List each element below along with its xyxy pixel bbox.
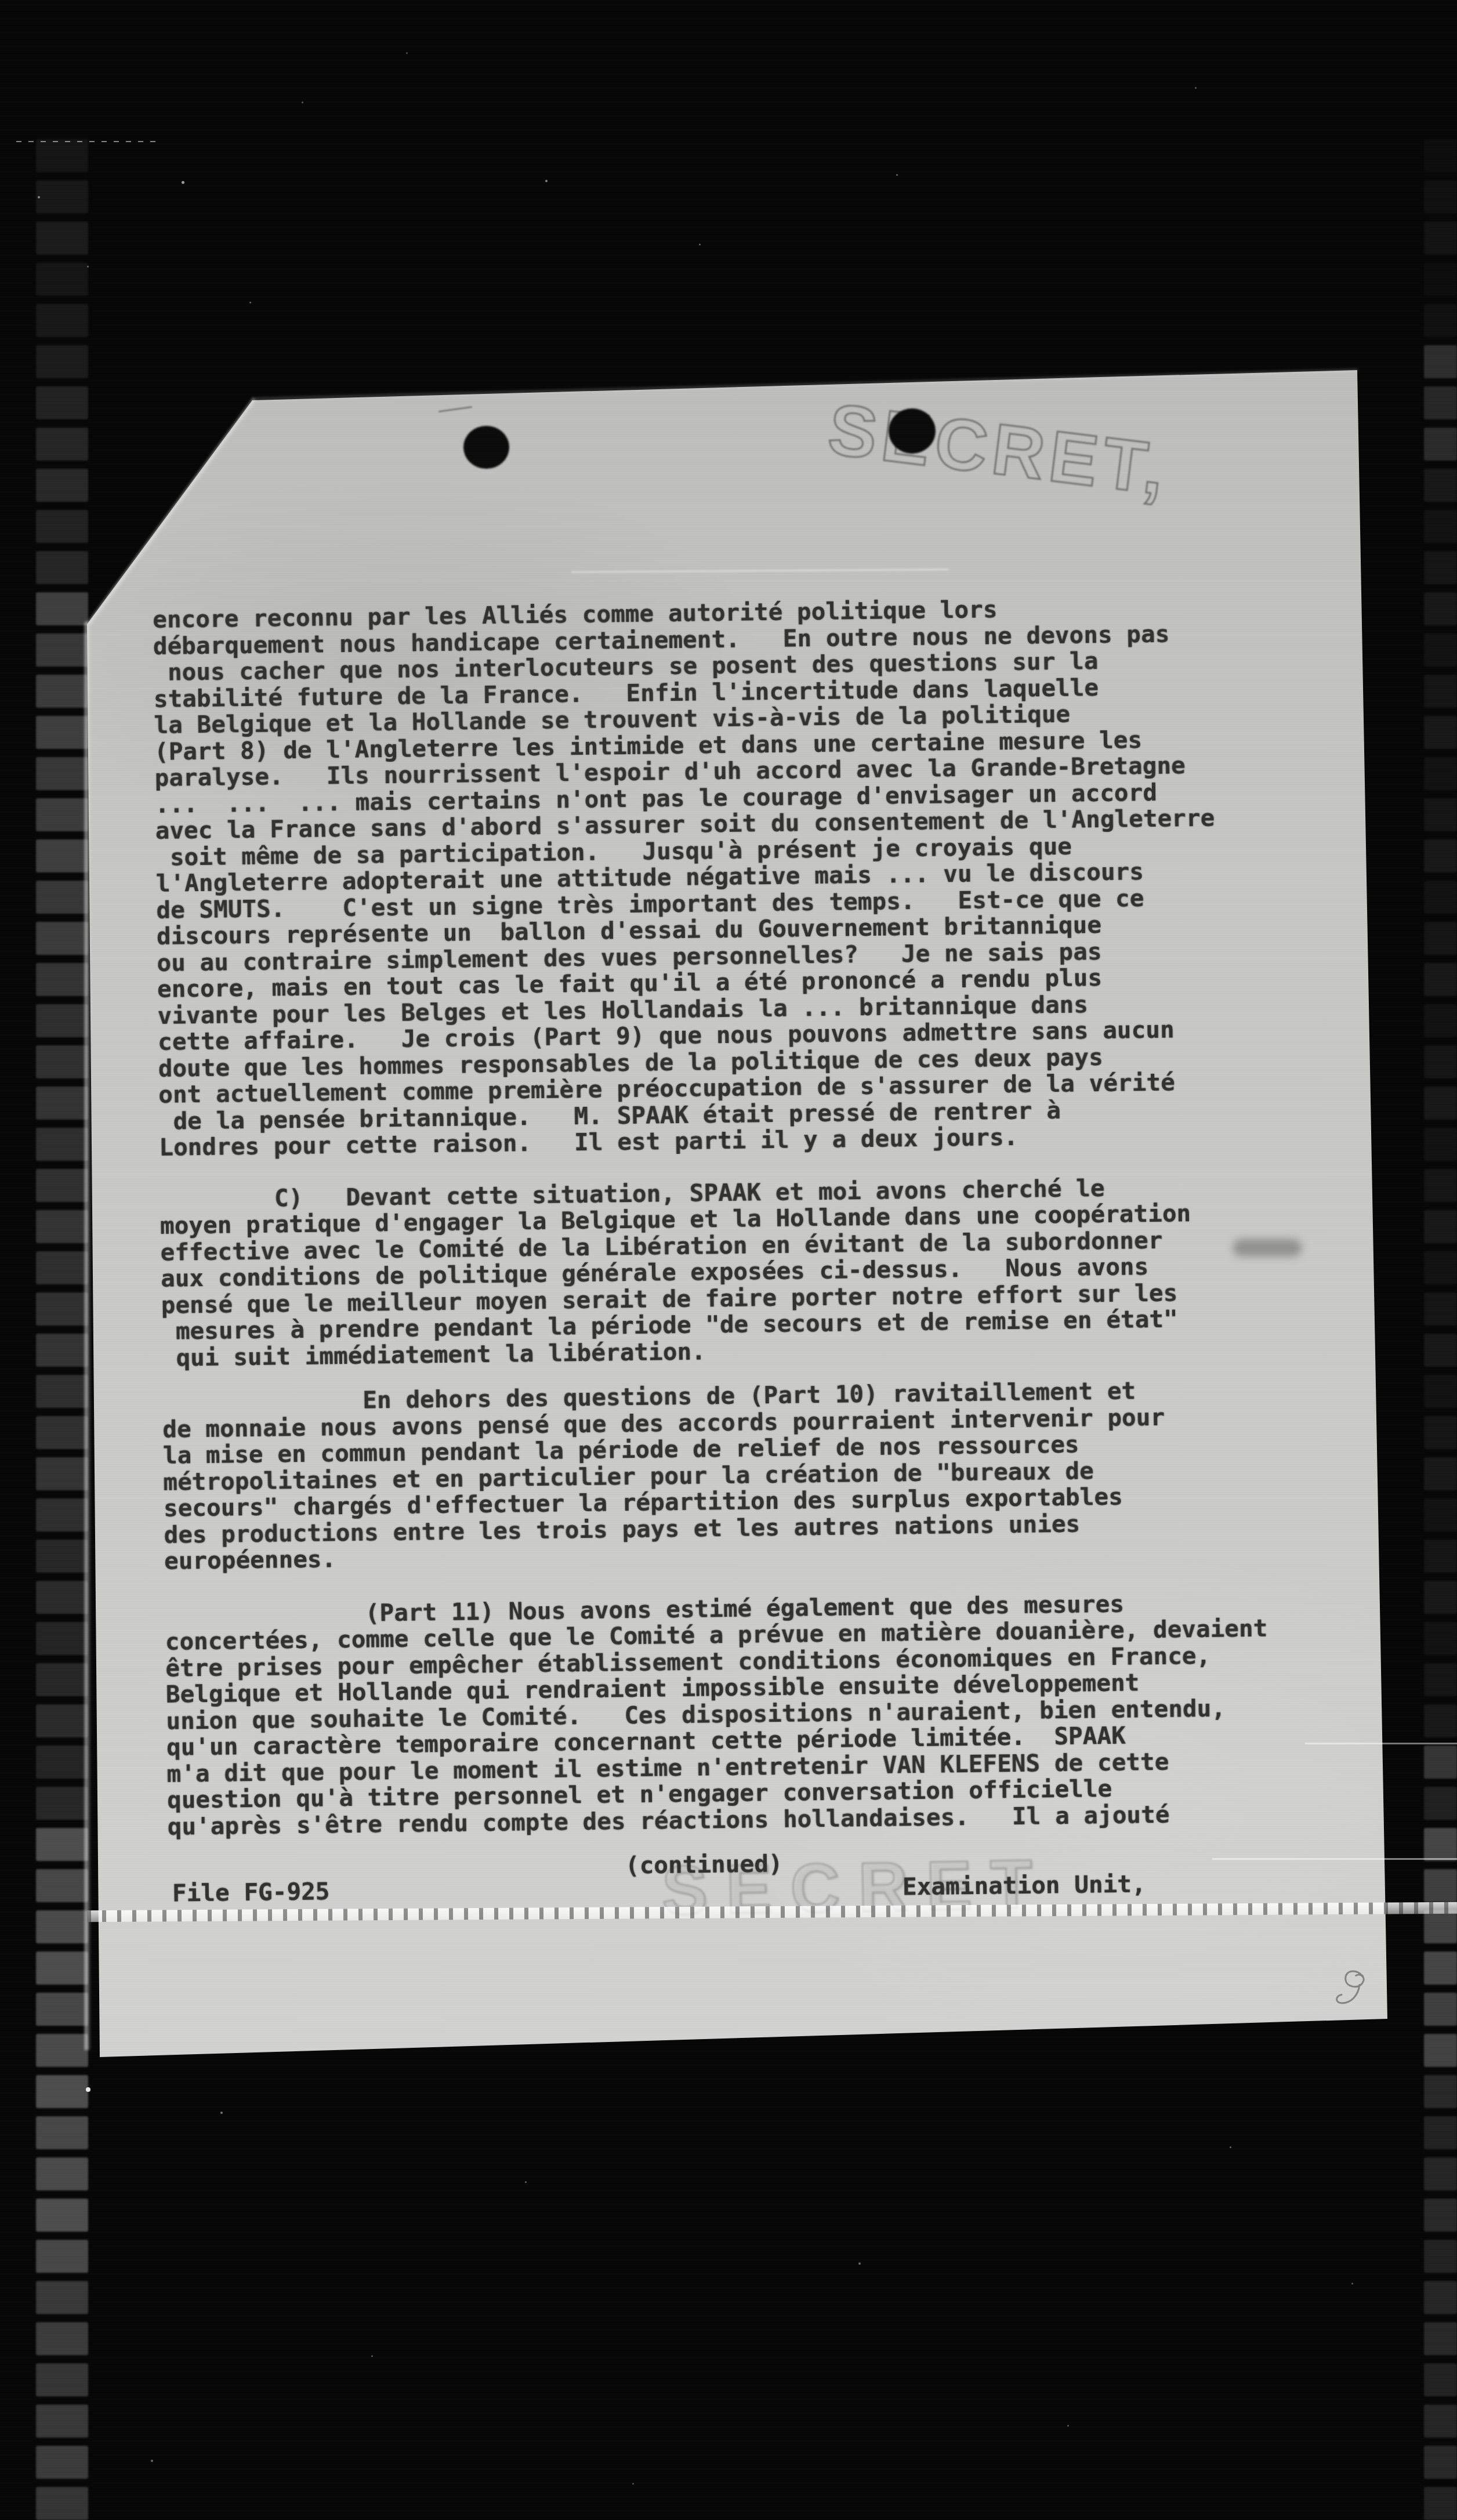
film-sprocket-block <box>36 798 88 831</box>
film-sprocket-block <box>36 2363 88 2396</box>
film-sprocket-block <box>36 1334 88 1367</box>
film-sprocket-block <box>1424 2322 1457 2355</box>
film-sprocket-block <box>36 2281 88 2314</box>
film-sprocket-block <box>36 2487 88 2520</box>
dust-speck <box>87 266 89 267</box>
film-sprocket-block <box>36 1540 88 1573</box>
film-sprocket-block <box>36 1704 88 1737</box>
film-sprocket-block <box>36 2199 88 2232</box>
film-sprocket-block <box>1424 551 1457 584</box>
film-sprocket-block <box>1424 1787 1457 1820</box>
film-sprocket-block <box>1424 1622 1457 1655</box>
film-sprocket-block <box>36 633 88 667</box>
film-sprocket-block <box>1424 2487 1457 2520</box>
film-sprocket-block <box>1424 1993 1457 2026</box>
paragraph-gap <box>162 1371 168 1390</box>
dust-speck <box>220 2112 223 2114</box>
film-sprocket-block <box>36 922 88 955</box>
film-sprocket-block <box>36 1993 88 2026</box>
paragraph-gap <box>164 1574 171 1602</box>
film-sprocket-block <box>36 2034 88 2067</box>
dust-speck <box>525 2181 527 2183</box>
film-sprocket-block <box>1424 2199 1457 2232</box>
film-sprocket-block <box>36 2157 88 2190</box>
film-sprocket-block <box>1424 922 1457 955</box>
film-sprocket-block <box>36 2075 88 2108</box>
film-sprocket-block <box>36 1128 88 1161</box>
film-sprocket-block <box>36 1869 88 1902</box>
film-sprocket-block <box>1424 263 1457 296</box>
film-sprocket-block <box>36 716 88 749</box>
film-sprocket-block <box>36 180 88 213</box>
dust-speck <box>632 2483 634 2485</box>
film-sprocket-block <box>36 345 88 378</box>
examination-unit-label: Examination Unit, <box>903 1870 1146 1900</box>
dust-speck <box>86 2087 90 2092</box>
dust-speck <box>858 2262 861 2265</box>
film-sprocket-block <box>36 1663 88 1696</box>
dust-speck <box>1230 2146 1231 2148</box>
dust-speck <box>699 244 701 245</box>
film-sprocket-block <box>36 1210 88 1243</box>
film-sprocket-block <box>1424 1210 1457 1243</box>
film-sprocket-block <box>36 1787 88 1820</box>
dust-speck <box>545 180 548 182</box>
film-sprocket-block <box>1424 1375 1457 1408</box>
film-sprocket-block <box>1424 1292 1457 1326</box>
film-sprocket-block <box>1424 2034 1457 2067</box>
film-sprocket-block <box>1424 2116 1457 2149</box>
film-sprocket-block <box>36 1169 88 1202</box>
film-sprocket-block <box>36 428 88 461</box>
film-sprocket-block <box>1424 2281 1457 2314</box>
film-sprocket-block <box>36 304 88 337</box>
dust-speck <box>1067 2425 1069 2427</box>
film-sprocket-block <box>1424 222 1457 255</box>
film-sprocket-block <box>36 139 88 172</box>
film-sprocket-block <box>36 1251 88 1284</box>
film-sprocket-block <box>1424 180 1457 213</box>
film-sprocket-block <box>1424 839 1457 872</box>
microfilm-frame: SECRET, SECRET encore reconnu par les Al… <box>0 0 1457 2520</box>
film-sprocket-block <box>36 757 88 790</box>
film-sprocket-block <box>36 1087 88 1120</box>
dust-speck <box>302 102 303 103</box>
film-sprocket-block <box>1424 963 1457 996</box>
body-text: encore reconnu par les Alliés comme auto… <box>153 592 1351 1840</box>
film-sprocket-block <box>1424 386 1457 419</box>
dust-speck <box>249 302 251 303</box>
film-sprocket-block <box>1424 1251 1457 1284</box>
film-sprocket-block <box>36 592 88 625</box>
dust-speck <box>371 2355 373 2357</box>
film-sprocket-block <box>1424 716 1457 749</box>
film-sprocket-block <box>1424 592 1457 625</box>
dust-speck <box>406 52 408 54</box>
film-sprocket-block <box>36 263 88 296</box>
film-sprocket-block <box>1424 1581 1457 1614</box>
dust-speck <box>38 196 40 198</box>
film-sprocket-block <box>36 881 88 914</box>
film-sprocket-block <box>1424 428 1457 461</box>
film-sprocket-block <box>36 386 88 419</box>
film-sprocket-block <box>1424 139 1457 172</box>
film-sprocket-block <box>36 2322 88 2355</box>
film-sprocket-block <box>1424 345 1457 378</box>
film-sprocket-block <box>1424 1416 1457 1449</box>
film-sprocket-block <box>1424 2240 1457 2273</box>
film-sprocket-block <box>36 469 88 502</box>
film-sprocket-block <box>36 1828 88 1861</box>
file-reference: File FG-925 <box>172 1877 330 1907</box>
film-sprocket-block <box>36 1045 88 1078</box>
film-scratch <box>1212 1858 1457 1860</box>
film-sprocket-block <box>1424 304 1457 337</box>
film-sprocket-block <box>1424 1910 1457 1943</box>
film-sprocket-block <box>1424 1540 1457 1573</box>
film-sprocket-block <box>1424 1951 1457 1985</box>
film-sprocket-block <box>36 1910 88 1943</box>
film-sprocket-block <box>1424 1704 1457 1737</box>
film-sprocket-block <box>1424 798 1457 831</box>
film-sprocket-block <box>1424 1045 1457 1078</box>
film-sprocket-block <box>36 1746 88 1779</box>
film-sprocket-block <box>36 675 88 708</box>
film-sprocket-block <box>1424 1004 1457 1037</box>
dust-speck <box>182 181 184 184</box>
film-sprocket-block <box>1424 2075 1457 2108</box>
ink-smudge <box>1233 1239 1302 1257</box>
film-sprocket-block <box>36 1416 88 1449</box>
film-sprocket-block <box>1424 1869 1457 1902</box>
film-sprocket-block <box>1424 469 1457 502</box>
continued-note: (continued) <box>625 1849 783 1879</box>
dust-speck <box>1195 87 1197 89</box>
film-sprocket-block <box>36 222 88 255</box>
film-sprocket-block <box>36 2240 88 2273</box>
film-sprocket-block <box>36 1375 88 1408</box>
film-scratch <box>1305 1743 1457 1744</box>
film-sprocket-block <box>36 1457 88 1490</box>
film-sprocket-block <box>1424 1334 1457 1367</box>
paragraph-gap <box>160 1161 166 1186</box>
film-sprocket-block <box>36 1622 88 1655</box>
film-sprocket-block <box>1424 1663 1457 1696</box>
film-sprocket-block <box>1424 1087 1457 1120</box>
film-sprocket-block <box>36 1004 88 1037</box>
film-sprocket-block <box>36 839 88 872</box>
film-sprocket-block <box>36 551 88 584</box>
hole-punch <box>463 426 509 469</box>
film-sprocket-block <box>1424 2446 1457 2479</box>
film-sprocket-block <box>1424 2157 1457 2190</box>
dust-speck <box>1351 2283 1353 2284</box>
film-sprocket-block <box>1424 2363 1457 2396</box>
film-sprocket-block <box>36 1581 88 1614</box>
film-sprocket-block <box>1424 881 1457 914</box>
film-sprocket-block <box>36 2116 88 2149</box>
film-sprocket-block <box>36 510 88 543</box>
film-sprocket-block <box>36 2405 88 2438</box>
film-sprocket-block <box>36 963 88 996</box>
film-sprocket-block <box>1424 1457 1457 1490</box>
film-sprocket-block <box>1424 633 1457 667</box>
film-sprocket-block <box>1424 1828 1457 1861</box>
film-sprocket-block <box>1424 1498 1457 1531</box>
film-sprocket-block <box>1424 1128 1457 1161</box>
film-sprocket-block <box>1424 510 1457 543</box>
film-sprocket-block <box>1424 2405 1457 2438</box>
film-sprocket-block <box>36 1498 88 1531</box>
film-scratch-dashes <box>16 141 161 142</box>
dust-speck <box>896 174 898 176</box>
dust-speck <box>151 2460 153 2462</box>
film-sprocket-block <box>36 1292 88 1326</box>
film-sprocket-block <box>36 2446 88 2479</box>
film-sprocket-block <box>1424 675 1457 708</box>
film-sprocket-block <box>1424 1746 1457 1779</box>
film-sprocket-block <box>1424 1169 1457 1202</box>
film-sprocket-block <box>1424 757 1457 790</box>
film-sprocket-block <box>36 1951 88 1985</box>
hole-punch <box>889 408 936 454</box>
